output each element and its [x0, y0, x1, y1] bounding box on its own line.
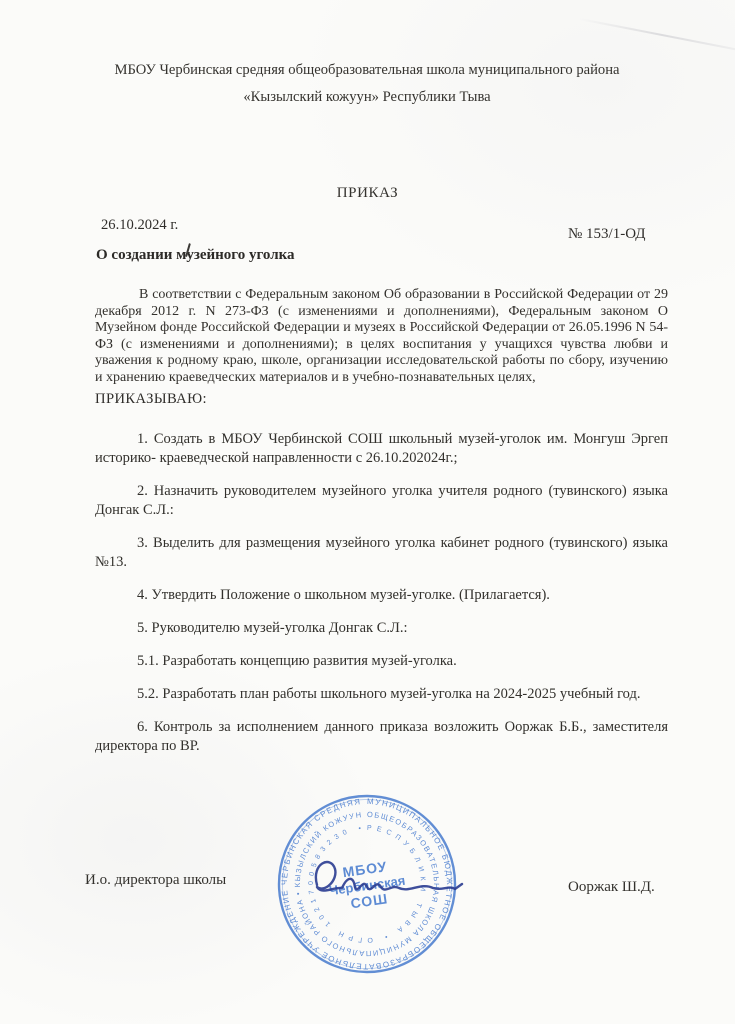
order-item-1: 1. Создать в МБОУ Чербинской СОШ школьны…	[95, 430, 668, 468]
organization-name-line1: МБОУ Чербинская средняя общеобразователь…	[67, 57, 667, 84]
document-date: 26.10.2024 г.	[101, 217, 178, 234]
scan-artifact-line	[579, 18, 735, 52]
preamble-paragraph: В соответствии с Федеральным законом Об …	[95, 287, 668, 387]
order-item-3: 3. Выделить для размещения музейного уго…	[95, 534, 668, 572]
document-subject: О создании музейного уголка	[96, 247, 295, 264]
document-number: № 153/1-ОД	[568, 226, 646, 243]
order-item-5-1: 5.1. Разработать концепцию развития музе…	[95, 652, 668, 671]
resolve-word: ПРИКАЗЫВАЮ:	[95, 391, 668, 408]
order-item-5: 5. Руководителю музей-уголка Донгак С.Л.…	[95, 619, 668, 638]
order-item-6: 6. Контроль за исполнением данного прика…	[95, 718, 668, 756]
signer-role: И.о. директора школы	[85, 872, 226, 889]
organization-header: МБОУ Чербинская средняя общеобразователь…	[67, 57, 667, 111]
scanned-order-document: МБОУ Чербинская средняя общеобразователь…	[0, 0, 735, 1024]
order-item-4: 4. Утвердить Положение о школьном музей-…	[95, 586, 668, 605]
document-type-title: ПРИКАЗ	[0, 185, 735, 202]
handwritten-signature	[295, 845, 470, 905]
document-body: В соответствии с Федеральным законом Об …	[95, 287, 668, 770]
order-item-2: 2. Назначить руководителем музейного уго…	[95, 482, 668, 520]
signer-name: Ооржак Ш.Д.	[568, 879, 655, 896]
organization-name-line2: «Кызылский кожуун» Республики Тыва	[67, 84, 667, 111]
order-item-5-2: 5.2. Разработать план работы школьного м…	[95, 685, 668, 704]
